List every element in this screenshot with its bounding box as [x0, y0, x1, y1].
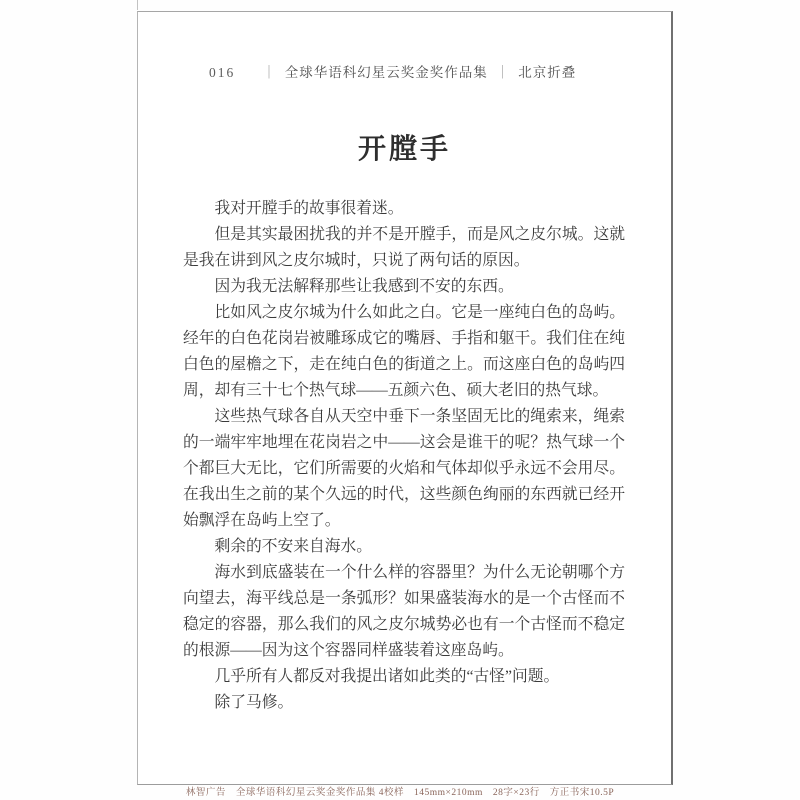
running-header: 016｜全球华语科幻星云奖金奖作品集｜北京折叠: [209, 61, 576, 81]
paragraph: 剩余的不安来自海水。: [183, 534, 625, 560]
header-separator: ｜: [262, 65, 277, 80]
scan-background: 016｜全球华语科幻星云奖金奖作品集｜北京折叠 开膛手 我对开膛手的故事很着迷。…: [0, 0, 800, 800]
paragraph: 这些热气球各自从天空中垂下一条坚固无比的绳索来，绳索的一端牢牢地埋在花岗岩之中—…: [183, 404, 625, 534]
printer-proof-slug: 林智广告 全球华语科幻星云奖金奖作品集 4校样 145mm×210mm 28字×…: [0, 784, 800, 798]
body-text: 我对开膛手的故事很着迷。但是其实最困扰我的并不是开膛手，而是风之皮尔城。这就是我…: [183, 196, 625, 716]
book-page: 016｜全球华语科幻星云奖金奖作品集｜北京折叠 开膛手 我对开膛手的故事很着迷。…: [137, 11, 673, 785]
paragraph: 因为我无法解释那些让我感到不安的东西。: [183, 274, 625, 300]
chapter-title: 开膛手: [138, 127, 671, 167]
paragraph: 我对开膛手的故事很着迷。: [183, 196, 625, 222]
chapter-name: 北京折叠: [518, 65, 576, 80]
paragraph: 几乎所有人都反对我提出诸如此类的“古怪”问题。: [183, 664, 625, 690]
book-title: 全球华语科幻星云奖金奖作品集: [285, 65, 488, 80]
paragraph: 海水到底盛装在一个什么样的容器里？为什么无论朝哪个方向望去，海平线总是一条弧形？…: [183, 560, 625, 664]
paragraph: 比如风之皮尔城为什么如此之白。它是一座纯白色的岛屿。经年的白色花岗岩被雕琢成它的…: [183, 300, 625, 404]
crop-mark: [137, 0, 138, 10]
paragraph: 除了马修。: [183, 690, 625, 716]
page-number: 016: [209, 65, 235, 80]
header-separator: ｜: [496, 65, 511, 80]
paragraph: 但是其实最困扰我的并不是开膛手，而是风之皮尔城。这就是我在讲到风之皮尔城时，只说…: [183, 222, 625, 274]
